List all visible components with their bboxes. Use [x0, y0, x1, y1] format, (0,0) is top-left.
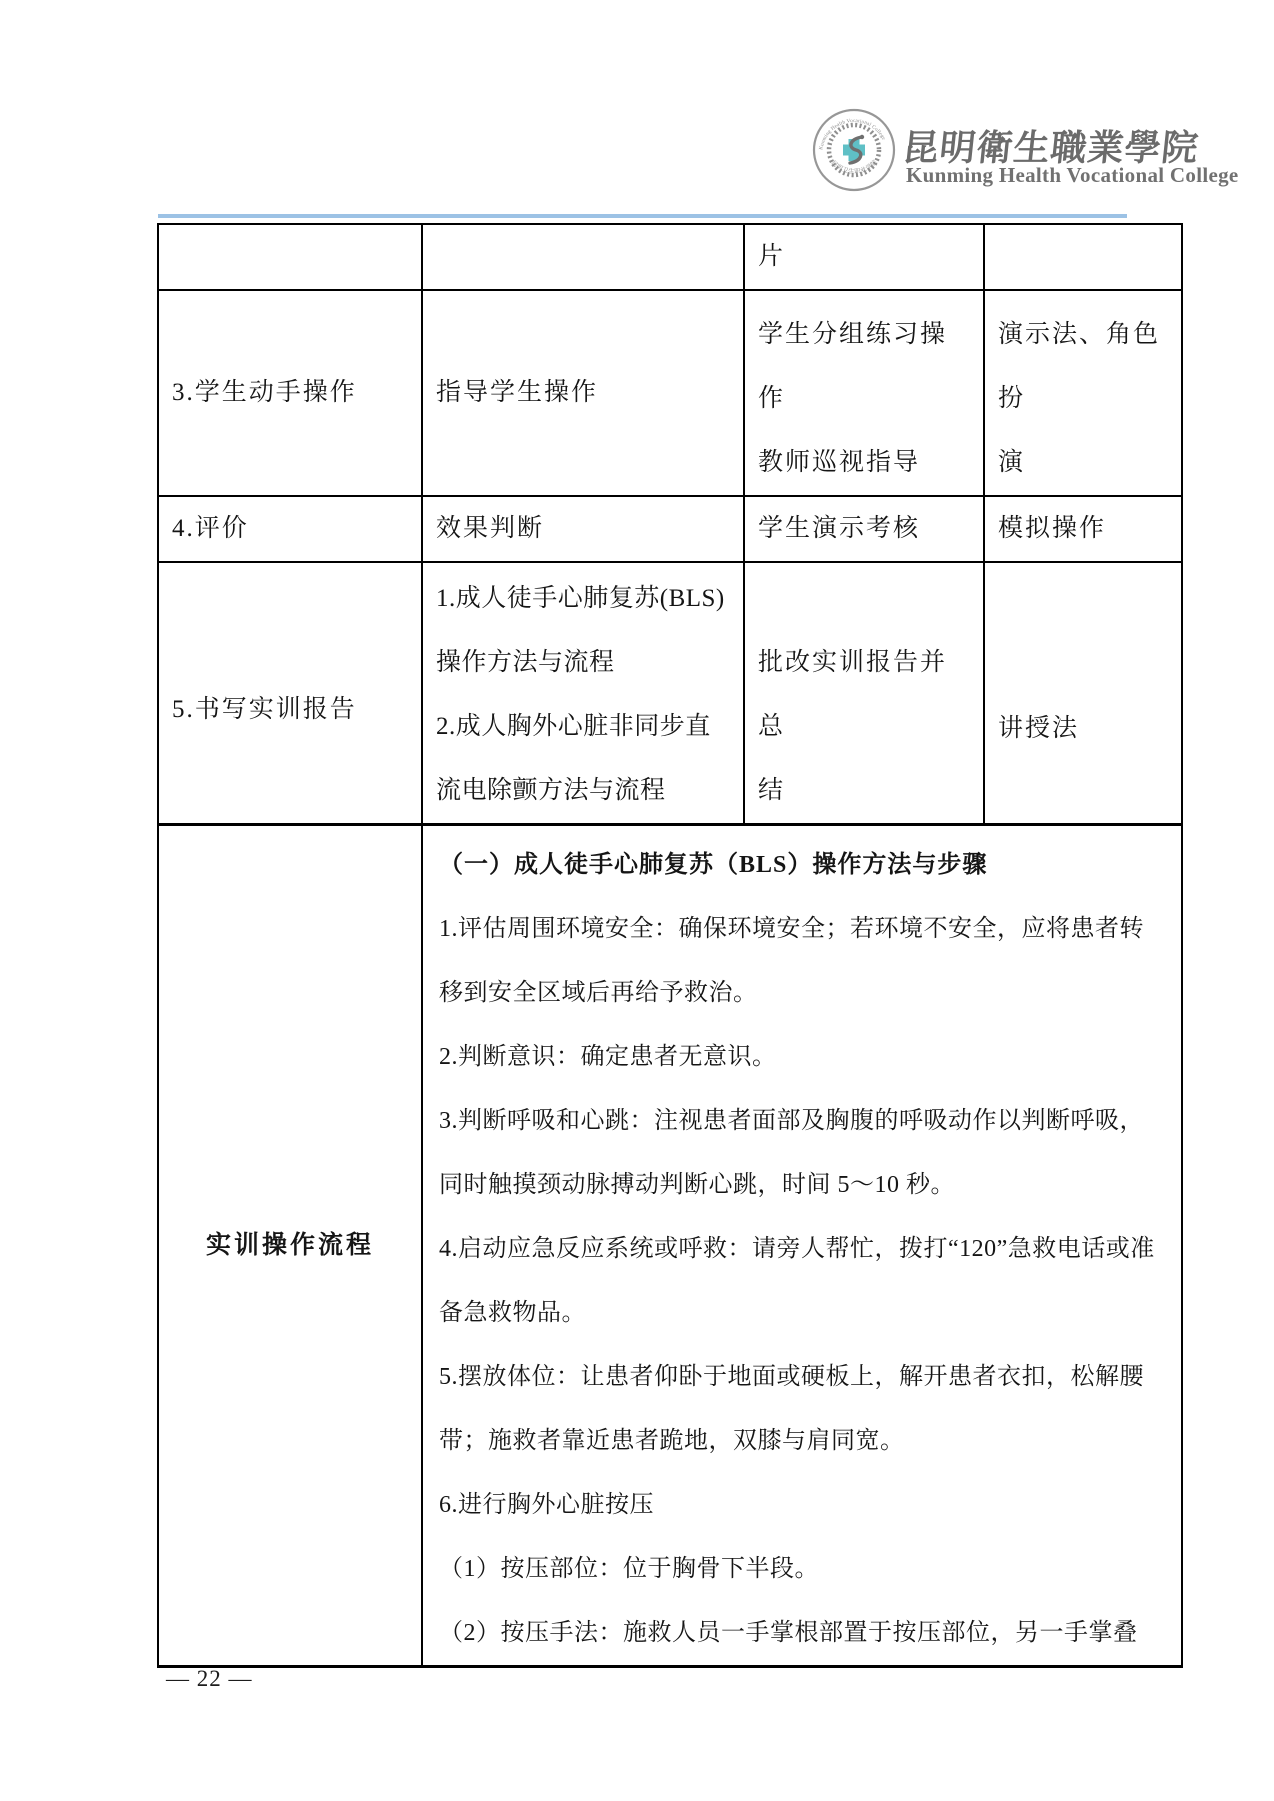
cell-blank-2 — [422, 224, 744, 290]
header-divider-line — [158, 214, 1127, 218]
cell-activity-review-summary: 批改实训报告并总 结 — [744, 562, 984, 825]
cell-teacher-guide: 指导学生操作 — [422, 290, 744, 496]
content-line: 备急救物品。 — [439, 1281, 1171, 1345]
row-report: 5.书写实训报告 1.成人徒手心肺复苏(BLS) 操作方法与流程 2.成人胸外心… — [158, 562, 1182, 825]
lesson-table: 片 3.学生动手操作 指导学生操作 学生分组练习操作 教师巡视指导 演示法、角色… — [157, 223, 1183, 1668]
content-line: 1.评估周围环境安全：确保环境安全；若环境不安全，应将患者转 — [439, 897, 1171, 961]
college-name-calligraphy: 昆明衛生職業學院 — [900, 120, 1195, 168]
row-student-practice: 3.学生动手操作 指导学生操作 学生分组练习操作 教师巡视指导 演示法、角色扮 … — [158, 290, 1182, 496]
college-name-english: Kunming Health Vocational College — [906, 163, 1239, 188]
cell-activity-exam: 学生演示考核 — [744, 496, 984, 562]
cell-step-report: 5.书写实训报告 — [158, 562, 422, 825]
cell-method-lecture: 讲授法 — [984, 562, 1182, 825]
content-line: 带；施救者靠近患者跪地，双膝与肩同宽。 — [439, 1409, 1171, 1473]
content-line: 4.启动应急反应系统或呼救：请旁人帮忙，拨打“120”急救电话或准 — [439, 1217, 1171, 1281]
content-line: （2）按压手法：施救人员一手掌根部置于按压部位，另一手掌叠 — [439, 1601, 1171, 1665]
cell-continuation-pian: 片 — [744, 224, 984, 290]
content-line: 移到安全区域后再给予救治。 — [439, 961, 1171, 1025]
row-training-process: 实训操作流程 （一）成人徒手心肺复苏（BLS）操作方法与步骤1.评估周围环境安全… — [158, 825, 1182, 1667]
cell-method-simulation: 模拟操作 — [984, 496, 1182, 562]
content-line: 2.判断意识：确定患者无意识。 — [439, 1025, 1171, 1089]
cell-report-content: 1.成人徒手心肺复苏(BLS) 操作方法与流程 2.成人胸外心脏非同步直 流电除… — [422, 562, 744, 825]
cell-process-content: （一）成人徒手心肺复苏（BLS）操作方法与步骤1.评估周围环境安全：确保环境安全… — [422, 825, 1182, 1667]
cell-activity-group-practice: 学生分组练习操作 教师巡视指导 — [744, 290, 984, 496]
content-line: （1）按压部位：位于胸骨下半段。 — [439, 1537, 1171, 1601]
content-line: 3.判断呼吸和心跳：注视患者面部及胸腹的呼吸动作以判断呼吸， — [439, 1089, 1171, 1153]
cell-blank-1 — [158, 224, 422, 290]
cell-blank-3 — [984, 224, 1182, 290]
document-page: Kunming Health Vocational College 昆明卫生职业… — [0, 0, 1274, 1801]
cell-method-demo-roleplay: 演示法、角色扮 演 — [984, 290, 1182, 496]
content-line: 同时触摸颈动脉搏动判断心跳，时间 5～10 秒。 — [439, 1153, 1171, 1217]
cell-step-student-practice: 3.学生动手操作 — [158, 290, 422, 496]
cell-step-evaluation: 4.评价 — [158, 496, 422, 562]
content-line: 5.摆放体位：让患者仰卧于地面或硬板上，解开患者衣扣，松解腰 — [439, 1345, 1171, 1409]
seal-dragon-head — [860, 135, 864, 139]
page-number: — 22 — — [166, 1666, 253, 1692]
row-continuation: 片 — [158, 224, 1182, 290]
cell-process-label: 实训操作流程 — [158, 825, 422, 1667]
content-line: 6.进行胸外心脏按压 — [439, 1473, 1171, 1537]
cell-effect-judgement: 效果判断 — [422, 496, 744, 562]
college-seal-logo: Kunming Health Vocational College 昆明卫生职业… — [812, 108, 896, 192]
lesson-plan-table: 片 3.学生动手操作 指导学生操作 学生分组练习操作 教师巡视指导 演示法、角色… — [157, 223, 1183, 1668]
row-evaluation: 4.评价 效果判断 学生演示考核 模拟操作 — [158, 496, 1182, 562]
content-line: （一）成人徒手心肺复苏（BLS）操作方法与步骤 — [439, 833, 1171, 897]
